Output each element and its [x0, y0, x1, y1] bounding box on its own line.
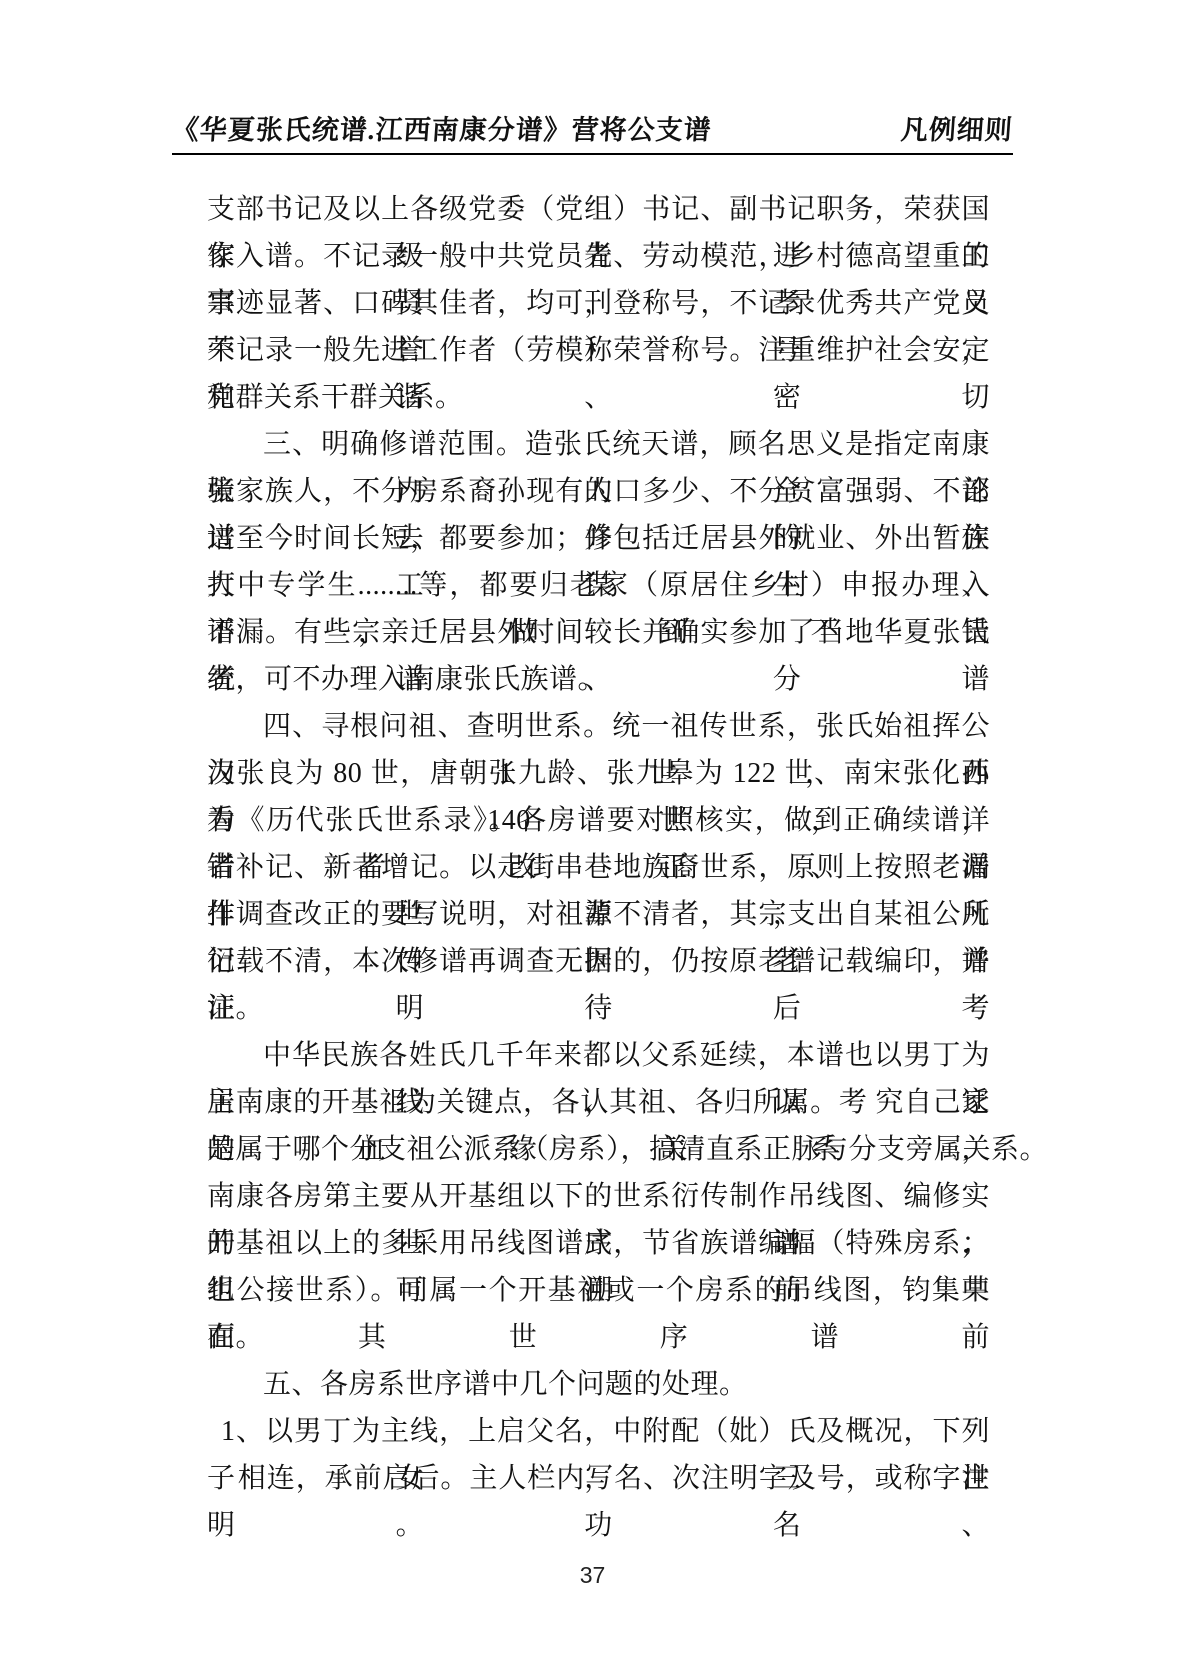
- header-book-title: 《华夏张氏统谱.江西南康分谱》营将公支谱: [171, 108, 713, 147]
- body-line: 三、明确修谱范围。造张氏统天谱，顾名思义是指定南康境内的全部: [207, 421, 990, 468]
- body-line: 支部书记及以上各级党委（党组）书记、副书记职务，荣获国家级先进工: [207, 186, 990, 233]
- body-line: 组公接世系）。同属一个开基祖或一个房系的吊线图，钧集中在其世序谱前: [207, 1267, 990, 1314]
- body-line: 开基祖以上的多采用吊线图谱式，节省族谱编幅（特殊房系，也可溯前某: [207, 1220, 990, 1267]
- page-footer: 37: [0, 1562, 1185, 1589]
- body-line: 汉张良为 80 世，唐朝张九龄、张九皋为 122 世、南宋张化孙为 140 世，…: [207, 750, 990, 797]
- body-line: 作入谱。不记录一般中共党员者、劳动模范，乡村德高望重的宗贤，孝义: [207, 233, 990, 280]
- body-line: 看《历代张氏世系录》。各房谱要对照核实，做到正确续谱，错者改正、漏: [207, 797, 990, 844]
- body-line: 五、各房系世序谱中几个问题的处理。: [207, 1361, 990, 1408]
- body-line: 者补记、新者增记。以走街串巷地族裔世系，原则上按照老谱排世辈，凡: [207, 844, 990, 891]
- body-line: 居南康的开基祖为关键点，各认其祖、各归所属。考 究自己家的血缘关系，: [207, 1079, 990, 1126]
- body-line: 是属于哪个分支祖公派系（房系），搞清直系正脉与分支旁属关系。: [207, 1126, 990, 1173]
- body-line: 事迹显著、口碑其佳者，均可刊登称号，不记录优秀共产党员荣誉称号，: [207, 280, 990, 327]
- body-line: 记载不清，本次修谱再调查无据的，仍按原老谱记载编印，并注明待后考: [207, 938, 990, 985]
- body-line: 张家族人，不分房系裔孙现有人口多少、不分贫富强弱、不论过去修的族: [207, 468, 990, 515]
- body-line: 谱至今时间长短，都要参加；并包括迁居县外就业、外出暂住打工谋生、: [207, 515, 990, 562]
- body-text: 支部书记及以上各级党委（党组）书记、副书记职务，荣获国家级先进工作入谱。不记录一…: [207, 186, 990, 1502]
- body-line: 大中专学生........等，都要归老家（原居住乡村）申报办理入谱，做到不错: [207, 562, 990, 609]
- body-line: 四、寻根问祖、查明世系。统一祖传世系，张氏始祖挥公为 1 世，西: [207, 703, 990, 750]
- body-line: 不记录一般先进工作者（劳模）荣誉称号。注重维护社会安定和谐、密切: [207, 327, 990, 374]
- body-line: 作调查改正的要写说明，对祖源不清者，其宗支出自某祖公所衍传因老谱: [207, 891, 990, 938]
- body-line: 中华民族各姓氏几千年来都以父系延续，本谱也以男丁为主线，以迁: [207, 1032, 990, 1079]
- page-header: 《华夏张氏统谱.江西南康分谱》营将公支谱 凡例细则: [172, 108, 1013, 155]
- body-line: 不漏。有些宗亲迁居县外时间较长并确实参加了当地华夏张氏统谱、分谱: [207, 609, 990, 656]
- body-line: 南康各房第主要从开基组以下的世系衍传制作吊线图、编修实的世序谱；: [207, 1173, 990, 1220]
- header-section-label: 凡例细则: [900, 108, 1015, 147]
- body-line: 1、以男丁为主线，上启父名，中附配（妣）氏及概况，下列子女，三世: [207, 1408, 990, 1455]
- page-number: 37: [580, 1562, 606, 1588]
- body-line: 相连，承前启后。主人栏内写名、次注明字及号，或称字注明。功名、: [207, 1455, 990, 1502]
- document-page: 《华夏张氏统谱.江西南康分谱》营将公支谱 凡例细则 支部书记及以上各级党委（党组…: [0, 0, 1185, 1678]
